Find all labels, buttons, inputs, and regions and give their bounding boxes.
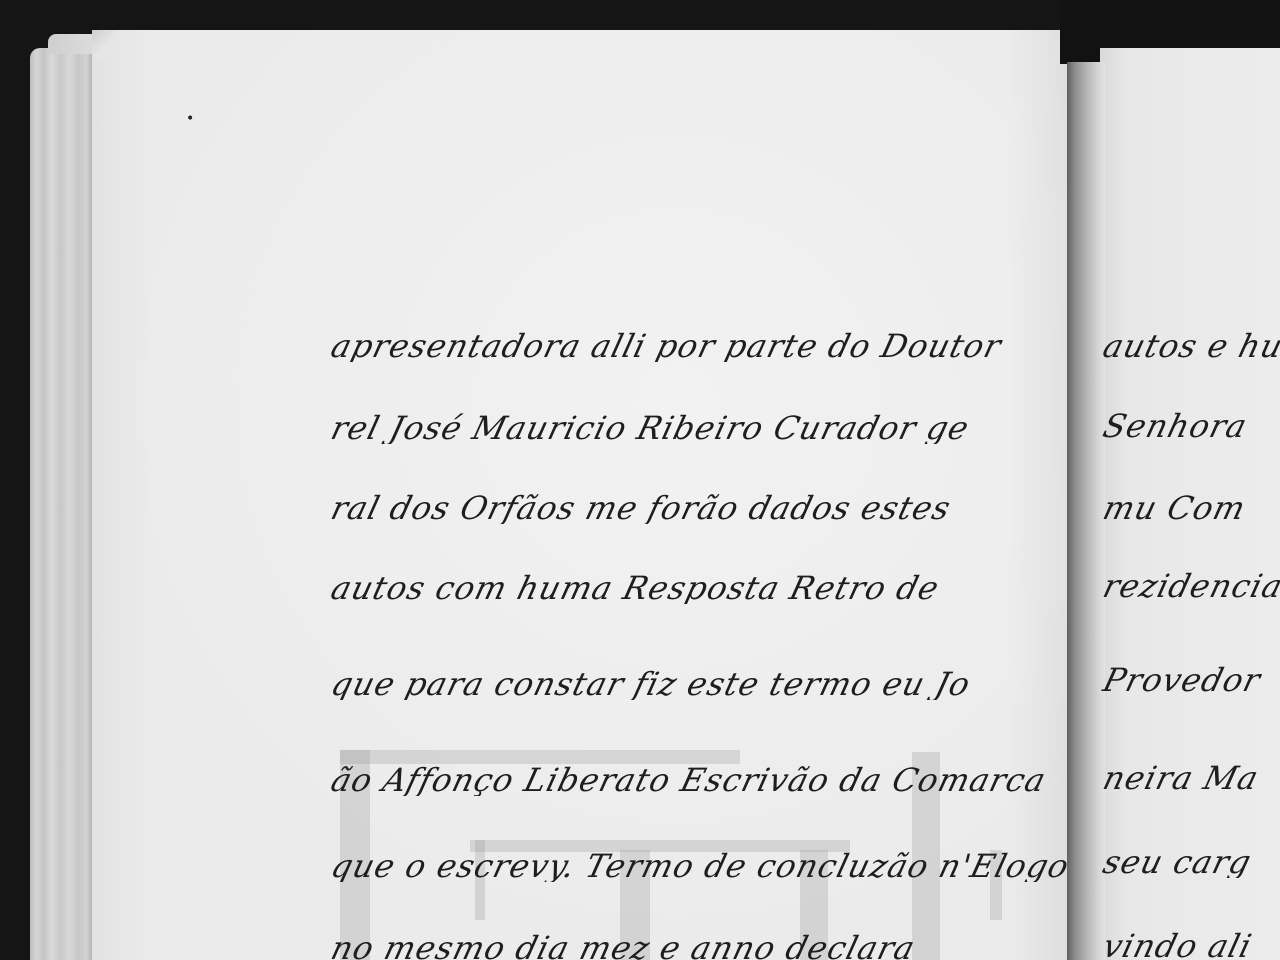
- manuscript-line: apresentadora alli por parte do Doutor: [328, 330, 1076, 362]
- manuscript-line: Senhora: [1100, 410, 1280, 442]
- manuscript-line: mu Com: [1100, 492, 1280, 524]
- page-corner-fold: [92, 30, 114, 58]
- manuscript-line: ral dos Orfãos me forão dados estes: [328, 492, 1076, 524]
- manuscript-line: Provedor: [1100, 664, 1280, 696]
- book-gutter: [1067, 62, 1105, 960]
- manuscript-line: que para constar fiz este termo eu Jo: [328, 668, 1076, 700]
- manuscript-line: ão Affonço Liberato Escrivão da Comarca: [328, 764, 1076, 796]
- watermark-bar: [340, 750, 740, 764]
- scanned-book-spread: • apresentadora alli por parte do Doutor…: [0, 0, 1280, 960]
- manuscript-line: rel José Mauricio Ribeiro Curador ge: [328, 412, 1076, 444]
- manuscript-line: no mesmo dia mez e anno declara: [328, 932, 1076, 960]
- manuscript-line: que o escrevy. Termo de concluzão n'Elog…: [328, 850, 1076, 882]
- manuscript-line: autos e hu: [1100, 330, 1280, 362]
- manuscript-line: neira Ma: [1100, 762, 1280, 794]
- manuscript-line: vindo ali: [1100, 930, 1280, 960]
- manuscript-line: autos com huma Resposta Retro de: [328, 572, 1076, 604]
- ink-blot-mark: •: [186, 112, 194, 126]
- page-edges: [30, 48, 94, 960]
- manuscript-line: seu carg: [1100, 846, 1280, 878]
- manuscript-line: rezidencia: [1100, 570, 1280, 602]
